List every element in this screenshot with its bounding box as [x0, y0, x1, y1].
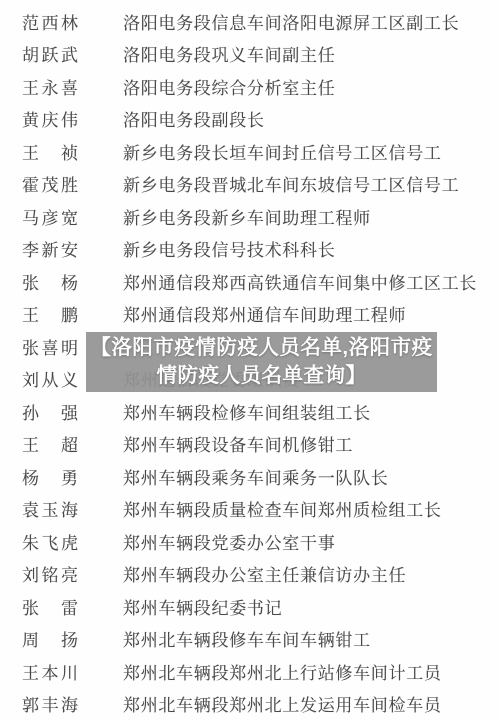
roster-row: 朱飞虎郑州车辆段党委办公室干事 [0, 525, 500, 558]
person-job-title: 郑州北车辆段郑州北上行站修车间计工员 [123, 659, 442, 684]
roster-row: 张 雷郑州车辆段纪委书记 [0, 590, 500, 623]
person-name: 王 超 [22, 431, 123, 456]
person-name: 霍茂胜 [22, 171, 123, 196]
person-job-title: 郑州北车辆段修车车间车辆钳工 [123, 626, 371, 651]
person-job-title: 郑州北车辆段郑州北上发运用车间检车员 [123, 691, 442, 716]
person-job-title: 郑州车辆段乘务车间乘务一队队长 [123, 464, 389, 489]
roster-row: 周 扬郑州北车辆段修车车间车辆钳工 [0, 623, 500, 656]
roster-row: 杨 勇郑州车辆段乘务车间乘务一队队长 [0, 460, 500, 493]
watermark-caption-line1: 【洛阳市疫情防疫人员名单,洛阳市疫 [86, 334, 437, 362]
person-name: 张 雷 [22, 594, 123, 619]
document-page: 范西林洛阳电务段信息车间洛阳电源屏工区副工长胡跃武洛阳电务段巩义车间副主任王永喜… [0, 0, 500, 722]
person-name: 杨 勇 [22, 464, 123, 489]
person-name: 黄庆伟 [22, 106, 123, 131]
person-name: 袁玉海 [22, 496, 123, 521]
person-job-title: 郑州通信段郑州通信车间助理工程师 [123, 301, 406, 326]
person-job-title: 洛阳电务段副段长 [123, 106, 265, 131]
person-job-title: 新乡电务段信号技术科科长 [123, 236, 335, 261]
roster-row: 刘铭亮郑州车辆段办公室主任兼信访办主任 [0, 558, 500, 591]
person-job-title: 新乡电务段新乡车间助理工程师 [123, 204, 371, 229]
person-job-title: 郑州车辆段办公室主任兼信访办主任 [123, 561, 406, 586]
roster-row: 马彦宽新乡电务段新乡车间助理工程师 [0, 200, 500, 233]
person-name: 郭丰海 [22, 691, 123, 716]
watermark-caption: 【洛阳市疫情防疫人员名单,洛阳市疫 情防疫人员名单查询】 [86, 332, 437, 392]
person-name: 马彦宽 [22, 204, 123, 229]
person-job-title: 新乡电务段长垣车间封丘信号工区信号工 [123, 139, 442, 164]
person-name: 王永喜 [22, 74, 123, 99]
person-name: 刘铭亮 [22, 561, 123, 586]
roster-row: 王 鹏郑州通信段郑州通信车间助理工程师 [0, 298, 500, 331]
person-name: 王 鹏 [22, 301, 123, 326]
roster-row: 袁玉海郑州车辆段质量检查车间郑州质检组工长 [0, 493, 500, 526]
person-name: 王 祯 [22, 139, 123, 164]
person-name: 孙 强 [22, 399, 123, 424]
roster-row: 郭丰海郑州北车辆段郑州北上发运用车间检车员 [0, 688, 500, 721]
roster-row: 范西林洛阳电务段信息车间洛阳电源屏工区副工长 [0, 5, 500, 38]
person-job-title: 郑州车辆段设备车间机修钳工 [123, 431, 353, 456]
person-job-title: 郑州车辆段检修车间组装组工长 [123, 399, 371, 424]
roster-row: 黄庆伟洛阳电务段副段长 [0, 103, 500, 136]
roster-row: 霍茂胜新乡电务段晋城北车间东坡信号工区信号工 [0, 168, 500, 201]
person-name: 范西林 [22, 9, 123, 34]
roster-row: 王 祯新乡电务段长垣车间封丘信号工区信号工 [0, 135, 500, 168]
roster-row: 李新安新乡电务段信号技术科科长 [0, 233, 500, 266]
person-name: 胡跃武 [22, 41, 123, 66]
roster-row: 张 杨郑州通信段郑西高铁通信车间集中修工区工长 [0, 265, 500, 298]
roster-row: 王 超郑州车辆段设备车间机修钳工 [0, 428, 500, 461]
person-job-title: 洛阳电务段综合分析室主任 [123, 74, 335, 99]
person-name: 李新安 [22, 236, 123, 261]
person-job-title: 洛阳电务段巩义车间副主任 [123, 41, 335, 66]
person-job-title: 新乡电务段晋城北车间东坡信号工区信号工 [123, 171, 459, 196]
person-name: 张 杨 [22, 269, 123, 294]
person-name: 王本川 [22, 659, 123, 684]
person-name: 周 扬 [22, 626, 123, 651]
watermark-caption-line2: 情防疫人员名单查询】 [86, 362, 437, 390]
person-job-title: 洛阳电务段信息车间洛阳电源屏工区副工长 [123, 9, 459, 34]
roster-row: 王永喜洛阳电务段综合分析室主任 [0, 70, 500, 103]
roster-row: 王本川郑州北车辆段郑州北上行站修车间计工员 [0, 655, 500, 688]
roster-row: 胡跃武洛阳电务段巩义车间副主任 [0, 38, 500, 71]
person-job-title: 郑州车辆段纪委书记 [123, 594, 282, 619]
person-name: 朱飞虎 [22, 529, 123, 554]
person-job-title: 郑州通信段郑西高铁通信车间集中修工区工长 [123, 269, 477, 294]
roster-row: 孙 强郑州车辆段检修车间组装组工长 [0, 395, 500, 428]
person-job-title: 郑州车辆段质量检查车间郑州质检组工长 [123, 496, 442, 521]
person-job-title: 郑州车辆段党委办公室干事 [123, 529, 335, 554]
